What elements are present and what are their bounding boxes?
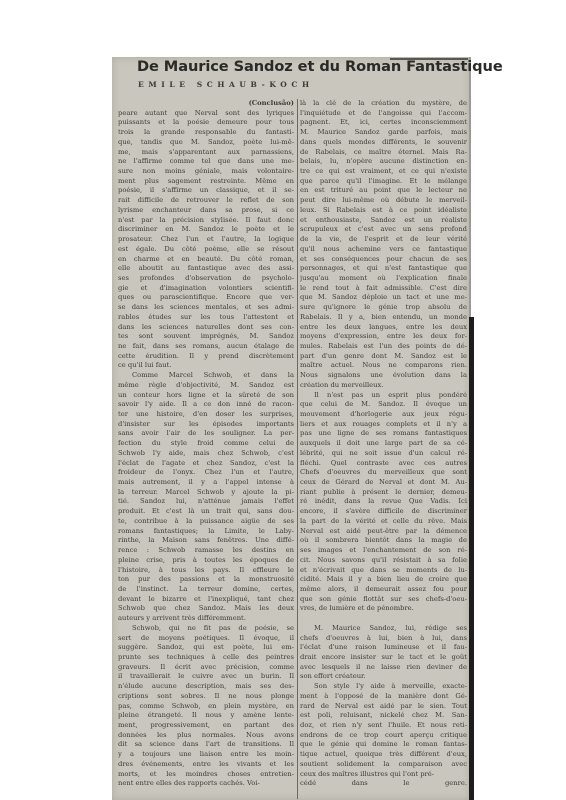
text-line: prosateur. Chez l'un et l'autre, la logi… — [118, 235, 294, 245]
text-line: me, mais s'apparentant aux parnassiens, — [118, 148, 294, 158]
text-line: prunte ses techniques à celle des peintr… — [118, 653, 294, 663]
text-line: dans les sciences naturelles dont ses co… — [118, 323, 294, 333]
text-line: se dans les sciences mentales, et ses ad… — [118, 303, 294, 313]
text-line: discriminer en M. Sandoz le poète et le — [118, 225, 294, 235]
text-line: Chefs d'oeuvres du merveilleux que sont — [300, 468, 467, 478]
text-line: de la vie, de l'esprit et de leur vérité — [300, 235, 467, 245]
text-line: dans quels mondes différents, le souveni… — [300, 138, 467, 148]
continuation-label: (Conclusão) — [118, 99, 294, 109]
text-line: M. Maurice Sandoz garde parfois, mais — [300, 128, 467, 138]
text-line: ce qu'il lui faut. — [118, 361, 294, 371]
text-line: de Rabelais, ce maître éternel. Mais Ra- — [300, 148, 467, 158]
text-line: est égale. Du côté poème, elle se résout — [118, 245, 294, 255]
text-line: ses profondes d'observation de psycholo- — [118, 274, 294, 284]
text-line: belais, lu, n'opère aucune distinction e… — [300, 157, 467, 167]
text-line: lébrité, qui ne soit issue d'un calcul r… — [300, 449, 467, 459]
text-line: fection du style froid comme celui de — [118, 439, 294, 449]
text-line: romans fantastiques; la Limite, le Laby- — [118, 527, 294, 537]
text-line: son effort créateur. — [300, 672, 467, 682]
text-line: l'histoire, à tous les pays. Il effleure… — [118, 566, 294, 576]
text-line: en est trituré au point que le lecteur n… — [300, 186, 467, 196]
text-line: tes sont souvent imprégnés, M. Sandoz — [118, 332, 294, 342]
text-line: là la clé de la création du mystère, de — [300, 99, 467, 109]
text-line: rinthe, la Maison sans fenêtres. Une dif… — [118, 536, 294, 546]
text-line: sert de moyens poétiques. Il évoque, il — [118, 634, 294, 644]
text-line: moyens d'expression, entre les deux for- — [300, 332, 467, 342]
text-line: scrupuleux et c'est avec un sens profond — [300, 225, 467, 235]
text-line: rables études sur les tous l'attestent e… — [118, 313, 294, 323]
text-line: le rend tout à fait admissible. C'est di… — [300, 284, 467, 294]
text-line: même règle d'objectivité, M. Sandoz est — [118, 381, 294, 391]
text-line: ment à l'opposé de la manière dont Gé- — [300, 692, 467, 702]
text-line: suggère. Sandoz, qui est poète, lui em- — [118, 643, 294, 653]
text-line: Comme Marcel Schwob, et dans la — [118, 371, 294, 381]
left-column: (Conclusão) peare autant que Nerval sont… — [118, 99, 294, 789]
text-line: froideur de l'onyx. Chez l'un et l'autre… — [118, 468, 294, 478]
text-line: n'élude aucune description, mais ses des… — [118, 682, 294, 692]
text-line: M. Maurice Sandoz, lui, rédige ses — [300, 624, 467, 634]
text-line: que le génie qui domine le roman fantas- — [300, 740, 467, 750]
text-line: même alors, il demeurait assez fou pour — [300, 585, 467, 595]
text-line: d'insister sur les épisodes importants — [118, 420, 294, 430]
text-line: que, tandis que M. Sandoz, poète lui-mê- — [118, 138, 294, 148]
text-line: données les plus normales. Nous avons — [118, 731, 294, 741]
text-line: criptions sont sobres. Il ne nous plonge — [118, 692, 294, 702]
text-line: elle aboutit au fantastique avec des ass… — [118, 264, 294, 274]
text-line: ses images et l'enchantement de son ré- — [300, 546, 467, 556]
text-line: ceux de Gérard de Nerval et dont M. Au- — [300, 478, 467, 488]
text-line: l'inquiétude et de l'angoisse qui l'acco… — [300, 109, 467, 119]
text-line: produit. Et c'est là un trait qui, sans … — [118, 507, 294, 517]
text-line: sure qu'ignore le génie trop absolu de — [300, 303, 467, 313]
text-line: auxquels il doit une large part de sa cé… — [300, 439, 467, 449]
text-line: il travaillerait le cuivre avec un burin… — [118, 672, 294, 682]
text-line: cidité. Mais il y a bien lieu de croire … — [300, 575, 467, 585]
text-line: pleine crise, pris à toutes les époques … — [118, 556, 294, 566]
text-line: lyrisme enchanteur dans sa prose, si ce — [118, 206, 294, 216]
text-line: morts, et les moindres choses entretien- — [118, 770, 294, 780]
text-line: création du merveilleux. — [300, 381, 467, 391]
text-line: cette érudition. Il y prend discrètement — [118, 352, 294, 362]
text-line: endrons de ce trop court aperçu critique — [300, 731, 467, 741]
text-line: que parce qu'il l'imagine. Et le mélange — [300, 177, 467, 187]
text-line: graveurs. Il écrit avec précision, comme — [118, 663, 294, 673]
text-line: encore, il s'avère difficile de discrimi… — [300, 507, 467, 517]
text-line: pas une ligne de ses romans fantastiques — [300, 429, 467, 439]
text-line: rard de Nerval est aidé par le sien. Tou… — [300, 702, 467, 712]
text-line: Schwob l'y aide, mais chez Schwob, c'est — [118, 449, 294, 459]
text-line: Son style l'y aide à merveille, exacte- — [300, 682, 467, 692]
text-line: de l'instinct. La terreur domine, certes… — [118, 585, 294, 595]
article-title: De Maurice Sandoz et du Roman Fantastiqu… — [137, 58, 467, 75]
column-divider — [297, 99, 298, 799]
text-line: Il n'est pas un esprit plus pondéré — [300, 391, 467, 401]
text-line: cit. Nous savons qu'il résistait à sa fo… — [300, 556, 467, 566]
text-line: savoir l'y aide. Il a ce don inné de rac… — [118, 400, 294, 410]
text-line: puissants et la poésie demeure pour tous — [118, 118, 294, 128]
text-line: drait encore insister sur le tact et le … — [300, 653, 467, 663]
text-line: pas, comme Schwob, en plein mystère, en — [118, 702, 294, 712]
text-line: ceux des maîtres illustres qui l'ont pré… — [300, 770, 467, 780]
text-line — [300, 614, 467, 624]
text-line: liers et aux rouages complets et il n'y … — [300, 420, 467, 430]
text-line: dit sa science dans l'art de transitions… — [118, 740, 294, 750]
text-line: sans avoir l'air de les souligner. La pe… — [118, 429, 294, 439]
text-line: dres événements, entre les vivants et le… — [118, 760, 294, 770]
text-line: fléchi. Quel contraste avec ces autres — [300, 459, 467, 469]
text-line: chefs d'oeuvres à lui, bien à lui, dans — [300, 634, 467, 644]
text-line: peare autant que Nerval sont des lyrique… — [118, 109, 294, 119]
text-line: Nous signalons une évolution dans la — [300, 371, 467, 381]
text-line: qu'il nous achemine vers ce fantastique — [300, 245, 467, 255]
page-shadow-edge — [469, 317, 474, 800]
text-line: en charme et en beauté. Du côté roman, — [118, 255, 294, 265]
text-line: part d'un genre dont M. Sandoz est le — [300, 352, 467, 362]
text-line: l'éclat d'une raison lumineuse et il fau… — [300, 643, 467, 653]
text-line: avec lesquels il ne laisse rien deviner … — [300, 663, 467, 673]
text-line: Schwob que chez Sandoz. Mais les deux — [118, 604, 294, 614]
text-line: tre ce qui est vraiment, et ce qui n'exi… — [300, 167, 467, 177]
text-line: et ses conséquences pour chacun de ses — [300, 255, 467, 265]
text-line: trois la grande responsable du fantasti- — [118, 128, 294, 138]
text-line: pagnent. Et, ici, certes inconsciemment — [300, 118, 467, 128]
text-line: que son génie flottât sur ses chefs-d'oe… — [300, 595, 467, 605]
text-line: riant publie à présent le dernier, demeu… — [300, 488, 467, 498]
right-column: là la clé de la création du mystère, del… — [300, 99, 467, 789]
text-line: ques ou parascientifique. Encore que ver… — [118, 293, 294, 303]
text-line: devant le bizarre et l'inexpliqué, tant … — [118, 595, 294, 605]
text-line: un conteur hors ligne et la sûreté de so… — [118, 391, 294, 401]
text-line: poésie, il s'affirme un classique, et il… — [118, 186, 294, 196]
text-line: ré inédit, dans la revue Que Vadis. Ici — [300, 497, 467, 507]
text-line: la terreur. Marcel Schwob y ajoute la pi… — [118, 488, 294, 498]
text-line: l'éclat de l'agate et chez Sandoz, c'est… — [118, 459, 294, 469]
text-line: où il sombrera bientôt dans la magie de — [300, 536, 467, 546]
text-line: soutient solidement la comparaison avec — [300, 760, 467, 770]
text-line: mais autrement, il y a l'appel intense à — [118, 478, 294, 488]
text-line: Nerval est aidé peut-être par la démence — [300, 527, 467, 537]
text-line: sure non moins géniale, mais volontaire- — [118, 167, 294, 177]
text-line: ne fait, dans ses romans, aucun étalage … — [118, 342, 294, 352]
text-line: Rabelais. Il y a, bien entendu, un monde — [300, 313, 467, 323]
text-line: ment plus sagement restreinte. Même en — [118, 177, 294, 187]
text-line: maître actuel. Nous ne comparons rien. — [300, 361, 467, 371]
text-line: pleine étrangeté. Il nous y amène lente- — [118, 711, 294, 721]
text-line: peut dire lui-même où débute le merveil- — [300, 196, 467, 206]
text-line: ton pur des passions et la monstruosité — [118, 575, 294, 585]
text-line: y a toujours une liaison entre les moin- — [118, 750, 294, 760]
text-line: et n'écrivait que dans se moments de lu- — [300, 566, 467, 576]
text-line: gie et d'imagination volontiers scientif… — [118, 284, 294, 294]
text-line: cédé dans le genre. — [300, 779, 467, 789]
text-line: leux. Si Rabelais est à ce point idéalis… — [300, 206, 467, 216]
text-line: est poli, reluisant, nickelé chez M. San… — [300, 711, 467, 721]
text-line: ter une histoire, d'en doser les surpris… — [118, 410, 294, 420]
text-line: rait difficile de retrouver le reflet de… — [118, 196, 294, 206]
text-line: Schwob, qui ne fit pas de poésie, se — [118, 624, 294, 634]
text-line: doz, et rien n'y sent l'huile. Et nous r… — [300, 721, 467, 731]
text-line: tique actuel, quoique très différent d'e… — [300, 750, 467, 760]
text-line: mouvement d'horlogerie aux jeux régu- — [300, 410, 467, 420]
text-line: rence : Schwob ramasse les destins en — [118, 546, 294, 556]
page-edge — [469, 57, 471, 317]
text-line: vres, de lumière et de pénombre. — [300, 604, 467, 614]
text-line: ne l'affirme comme tel que dans une me- — [118, 157, 294, 167]
text-line: que M. Sandoz déploie un tact et une me- — [300, 293, 467, 303]
text-line: mules. Rabelais est l'un des points de d… — [300, 342, 467, 352]
text-line: personnages, et qui n'est fantastique qu… — [300, 264, 467, 274]
text-line: nent entre elles des rapports cachés. Vo… — [118, 779, 294, 789]
article-author: EMILE SCHAUB-KOCH — [138, 80, 314, 89]
text-line: la part de la vérité et celle du rêve. M… — [300, 517, 467, 527]
text-line: tié. Sandoz lui, n'atténue jamais l'effe… — [118, 497, 294, 507]
text-line: ment, progressivement, en partant des — [118, 721, 294, 731]
text-line: que celui de M. Sandoz. Il évoque un — [300, 400, 467, 410]
text-line: jusqu'au moment où l'explication finale — [300, 274, 467, 284]
text-line: n'est par la précision stylisée. Il faut… — [118, 216, 294, 226]
text-line: te, contribue à la puissance aigüe de se… — [118, 517, 294, 527]
text-line: et enthousiaste, Sandoz est un réaliste — [300, 216, 467, 226]
text-line: entre les deux langues, entre les deux — [300, 323, 467, 333]
text-line: auteurs y arrivent très différemment. — [118, 614, 294, 624]
